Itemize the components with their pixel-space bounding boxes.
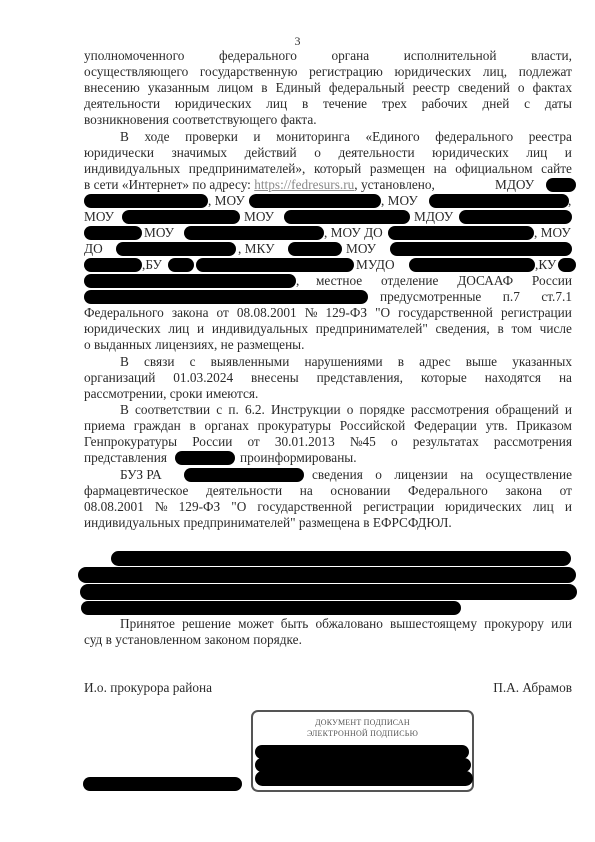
word: п. [228,402,238,418]
word: реестр [413,80,450,96]
word: на [559,370,572,386]
word: отделение [381,273,438,289]
word: юридических [432,145,509,161]
signer-position: И.о. прокурора района [84,680,212,695]
word: и [565,402,572,418]
word: «Единого [365,129,419,145]
word: Федерального [84,305,164,321]
word: Российской [340,418,406,434]
word: юридических [175,96,252,112]
word: обжаловано [316,616,383,632]
word: подлежат [519,64,572,80]
word: Принятое [120,616,175,632]
redaction [459,210,572,224]
word: адрес [419,354,450,370]
word: выявленными [211,354,290,370]
word: на [460,467,473,483]
word: течение [323,96,367,112]
word: ст.7.1 [541,289,572,305]
word: лицом [218,80,254,96]
word: реестра [529,129,572,145]
redaction [175,451,235,465]
redaction [83,777,242,791]
word: 08.08.2001 [237,305,297,321]
redaction [84,274,296,288]
word: осуществление [486,467,572,483]
word: 129-ФЗ [179,499,221,515]
word: может [238,616,273,632]
word: закона [505,483,542,499]
para5-line: фармацевтическоедеятельностинаоснованииФ… [84,483,572,499]
para2-line: индивидуальныхпредпринимателей»,которыйр… [84,161,572,177]
fedresurs-link[interactable]: https://fedresurs.ru [254,177,354,192]
para4-line: Всоответствиисп.6.2.Инструкцииопорядкера… [120,402,572,418]
word: государственной [398,305,493,321]
para2-line: МОУ МОУ МДОУ [84,209,572,225]
word: уполномоченного [84,48,184,64]
para2-line: в сети «Интернет» по адресу: https://fed… [84,177,572,193]
word: сайте [541,161,572,177]
word: юридически [84,145,154,161]
word: связи [144,354,175,370]
para5-line: БУЗ РА сведенияолицензиинаосуществление [84,467,572,483]
para4-line: ГенпрокуратурыРоссииот30.01.2013№45орезу… [84,434,572,450]
word: соответствии [135,402,210,418]
word: федеральный [329,80,405,96]
para2-line: ,БУ МУДО ,КУ [84,257,572,273]
word: утв. [486,418,508,434]
word: ходе [144,129,169,145]
word: трех [382,96,407,112]
para2-line: юридическихлицииндивидуальныхпредпринима… [84,321,572,337]
redaction [249,194,381,208]
word: в [497,321,503,337]
word: индивидуальных [212,321,308,337]
word: фактах [533,80,572,96]
word: о [347,402,354,418]
redaction [558,258,576,272]
word: закона [172,305,209,321]
word: приема [84,418,125,434]
word: рабочих [422,96,468,112]
para6-line: Принятоерешениеможетбытьобжаловановышест… [120,616,572,632]
word: регистрации [363,499,434,515]
word: исполнительной [404,48,497,64]
word: ДОСААФ [457,273,513,289]
word: предусмотренные [380,289,481,305]
word: юридических [395,64,472,80]
word: государственной [257,499,352,515]
word: сведения [312,467,363,483]
word: В [120,402,129,418]
word: внесены [251,370,299,386]
word: и [565,145,572,161]
word: № [155,499,168,515]
word: лиц [168,321,189,337]
word: которые [421,370,467,386]
word: о [375,467,382,483]
page-number: 3 [0,34,595,49]
para2-line: Федеральногозаконаот08.08.2001№129-ФЗ"Ог… [84,305,572,321]
word: лиц [266,96,287,112]
redaction [84,290,368,304]
word: органах [205,418,249,434]
redaction [196,258,354,272]
word: указанных [512,354,572,370]
para1-line: уполномоченногофедеральногоорганаисполни… [84,48,572,64]
para1-line: возникновения соответствующего факта. [84,112,572,128]
para1-line: осуществляющегогосударственнуюрегистраци… [84,64,572,80]
word: предпринимателей», [189,161,306,177]
word: деятельности [84,96,160,112]
word: в [261,80,267,96]
redaction [255,758,471,772]
word: порядке [360,402,405,418]
para1-line: деятельностиюридическихлицвтечениетрехра… [84,96,572,112]
word: лиц [533,499,554,515]
word: федерального [435,129,513,145]
word: даты [545,96,572,112]
word: прокуратуры [258,418,331,434]
word: решение [182,616,231,632]
redaction [546,178,576,192]
word: 08.08.2001 [84,499,144,515]
para2-line: юридическизначимыхдействийодеятельностию… [84,145,572,161]
word: юридических [445,499,522,515]
redaction [80,584,577,600]
word: о [518,80,525,96]
redaction [111,551,571,566]
word: "О [231,499,246,515]
redaction [122,210,240,224]
word: рассмотрения [494,434,572,450]
word: официальном [455,161,532,177]
word: сведений [458,80,510,96]
word: с [216,402,222,418]
word: и [565,499,572,515]
word: организаций [84,370,155,386]
para2-line: , местноеотделениеДОСААФРоссии [84,273,572,289]
word: проверки [185,129,238,145]
word: Инструкции [271,402,341,418]
word: в [302,96,308,112]
para4-line: представления проинформированы. [84,450,572,466]
word: №45 [350,434,376,450]
para1-line: внесениюуказаннымлицомвЕдиныйфедеральный… [84,80,572,96]
word: России [192,434,232,450]
redaction [168,258,194,272]
word: индивидуальных [84,161,180,177]
word: фармацевтическое [84,483,188,499]
word: указанным [148,80,210,96]
redaction [184,468,304,482]
para3-line: Всвязисвыявленныминарушениямивадресвышеу… [120,354,572,370]
word: регистрацию [309,64,383,80]
word: основании [330,483,390,499]
word: Генпрокуратуры [84,434,177,450]
word: прокурору [484,616,544,632]
word: о [314,145,321,161]
word: находятся [485,370,541,386]
word: результатах [413,434,479,450]
word: № [305,305,318,321]
word: выше [466,354,497,370]
word: В [120,129,129,145]
word: и [253,129,260,145]
word: "О [375,305,390,321]
redaction [78,567,576,583]
word: регистрации [501,305,572,321]
redaction [84,194,208,208]
word: предпринимателей" [316,321,428,337]
word: с [524,96,530,112]
para3-line: организаций01.03.2024внесеныпредставлени… [84,370,572,386]
redaction [116,242,236,256]
word: деятельности [338,145,414,161]
word: рассмотрения [411,402,489,418]
word: на [434,161,447,177]
word: Единый [276,80,321,96]
word: представления, [317,370,403,386]
word: действий [245,145,297,161]
word: на [300,483,313,499]
word: о [391,434,398,450]
word: России [532,273,572,289]
word: 01.03.2024 [173,370,233,386]
para2-line: предусмотренныеп.7ст.7.1 [84,289,572,305]
redaction [388,226,534,240]
para6-line: суд в установленном законом порядке. [84,632,572,648]
para2-line: МОУ , МОУ ДО , МОУ [84,225,572,241]
redaction [288,242,342,256]
word: лицензии [394,467,447,483]
redaction [409,258,535,272]
word: вышестоящему [390,616,477,632]
word: нарушениями [304,354,382,370]
word: дней [482,96,509,112]
word: с [190,354,196,370]
word: Федерации [414,418,477,434]
signature-line: И.о. прокурора района П.А. Абрамов [84,680,572,696]
word: внесению [84,80,140,96]
word: п.7 [503,289,520,305]
word: 30.01.2013 [275,434,335,450]
word: государственную [200,64,298,80]
word: от [247,434,259,450]
word: юридических [84,321,161,337]
word: обращений [495,402,558,418]
para4-line: приемагражданворганахпрокуратурыРоссийск… [84,418,572,434]
electronic-signature-stamp: ДОКУМЕНТ ПОДПИСАН ЭЛЕКТРОННОЙ ПОДПИСЬЮ [251,710,474,792]
redaction [429,194,569,208]
word: 6.2. [245,402,265,418]
word: местное [316,273,362,289]
word: размещен [370,161,425,177]
word: 129-ФЗ [325,305,367,321]
word: быть [281,616,309,632]
word: В [120,354,129,370]
redaction [390,242,572,256]
word: деятельности [206,483,282,499]
word: осуществляющего [84,64,188,80]
redaction [81,601,461,615]
word: в [398,354,404,370]
word: или [551,616,572,632]
redaction [84,258,142,272]
word: федерального [219,48,297,64]
word: том [511,321,531,337]
signer-name: П.А. Абрамов [493,680,572,696]
word: лиц [526,145,547,161]
word: Приказом [516,418,572,434]
word: в [190,418,196,434]
redaction [255,745,469,759]
word: лиц, [483,64,507,80]
word: сведения, [436,321,490,337]
word: который [314,161,361,177]
redaction [184,226,324,240]
para3-line: рассмотрении, сроки имеются. [84,386,572,402]
word: граждан [134,418,181,434]
para2-line: о выданных лицензиях, не размещены. [84,337,572,353]
para2-line: Входепроверкиимониторинга«Единогофедерал… [120,129,572,145]
word: и [197,321,204,337]
word: Федерального [408,483,488,499]
word: от [217,305,229,321]
para5-line: 08.08.2001№129-ФЗ"Огосударственнойрегист… [84,499,572,515]
para5-line: индивидуальных предпринимателей" размеще… [84,515,572,531]
para2-line: ДО , МКУ МОУ [84,241,572,257]
word: власти, [531,48,572,64]
redaction [284,210,410,224]
redaction [255,771,473,786]
word: числе [540,321,572,337]
word: мониторинга [276,129,350,145]
word: от [560,483,572,499]
para2-line: , МОУ , МОУ , [84,193,572,209]
word: органа [331,48,369,64]
word: значимых [172,145,228,161]
redaction [84,226,142,240]
